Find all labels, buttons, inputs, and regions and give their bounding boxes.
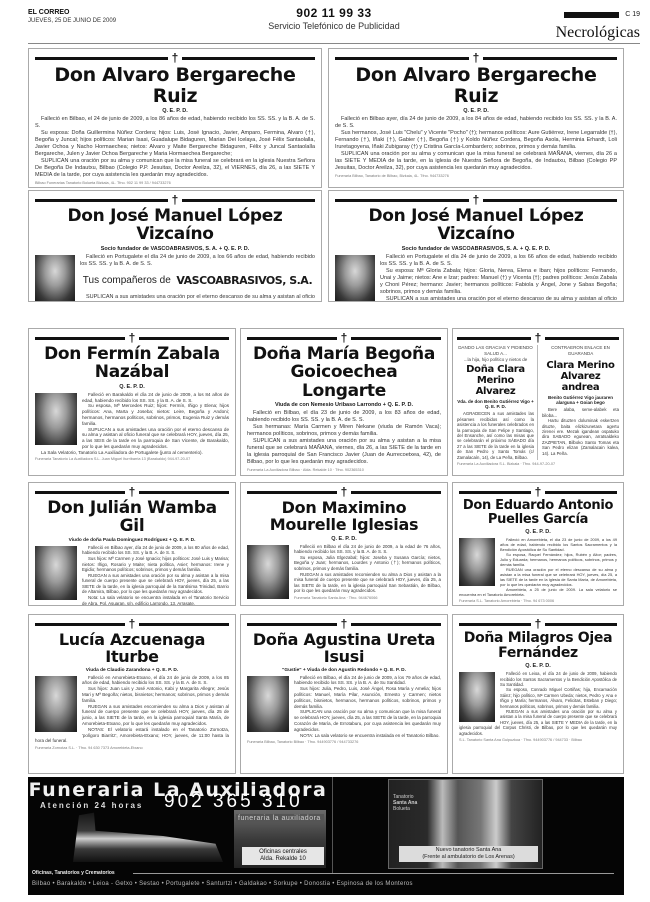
cross-divider: † [335,194,617,206]
sign-line: Bolueta [393,806,417,812]
services-label: Oficinas, Tanatorios y Crematorios [32,870,115,876]
cross-divider: † [35,194,315,206]
deceased-name: Don Maximino Mourelle Iglesias [247,499,441,534]
deceased-name: Don Eduardo Antonio Puelles García [459,499,617,527]
top-note-2: ...la hija, hijo político y nietos de [457,357,534,363]
cross-divider: † [35,332,229,344]
funeral-home-footer: Funeraria La Auxiliadora S.L. Bizkaia · … [457,462,619,466]
office-address: Alda. Rekalde 10 [244,856,322,863]
obituary-subtitle: Socio fundador de VASCOABRASIVOS, S. A. … [335,246,617,252]
cross-divider: † [247,618,441,630]
deceased-name: Doña Agustina Ureta Isusi [247,631,441,666]
cross-divider: † [459,618,617,630]
office-sign: funeraria la auxiliadora [236,814,324,823]
portrait-photo [35,546,77,600]
funeral-home-footer: Bilbao Funerarias Tanatorio Bolueta Bizk… [35,181,315,185]
obituary-card: † Doña Milagros Ojea Fernández Q. E. P. … [452,614,624,774]
obituary-subtitle: Q. E. P. D. [459,529,617,535]
obituary-subtitle: Viuda de con Nemesio Uribaso Larrondo + … [247,402,441,408]
deceased-name: Lucía Azcuenaga Iturbe [35,631,229,666]
paragraph: Sus hermanos, José Luis "Chelu" y Vicent… [335,130,617,151]
obituary-card-bilingual: † DANDO LAS GRACIAS Y PIDIENDO SALUD A..… [452,328,624,476]
office-label-line: Oficinas centrales [244,849,322,856]
obituary-subtitle: Benito Gutiérrez Vigo jauraren alarguna … [542,395,619,405]
cross-divider: † [35,52,315,64]
portrait-photo [459,538,495,586]
divider [332,777,333,873]
paragraph: Falleció en Bilbao, el 24 de junio de 20… [35,116,315,130]
paragraph: Su esposa: Mª Gloria Zabala; hijos: Glor… [335,268,617,296]
paragraph: Amorebieta, a 25 de junio de 2009. La sa… [459,587,617,597]
section-title: Necrológicas [556,24,640,42]
deceased-name: Doña María Begoña Goicoechea Longarte [247,345,441,400]
paragraph: SUPLICAN a sus amistades una oración por… [247,438,441,466]
obituary-subtitle: Socio fundador de VASCOABRASIVOS, S. A. … [35,246,315,252]
funeral-home-footer: Funeraria Bilbao, Tanatorio de Bilbao, B… [335,174,617,178]
obituary-subtitle: Q. E. P. D. [335,108,617,114]
cross-icon: † [125,332,139,344]
tanatorio-sign: Tanatorio Santa Ana Bolueta [393,794,417,812]
deceased-name: Don Alvaro Bergareche Ruiz [335,65,617,106]
obituary-card: † Doña María Begoña Goicoechea Longarte … [240,328,448,476]
obituary-body: Falleció en Portugalete el día 24 de jun… [35,254,315,268]
paragraph: NOTA: La sala velatorio se encuentra ins… [247,733,441,739]
obituary-card: † Don José Manuel López Vizcaíno Socio f… [28,190,322,302]
cross-icon: † [168,194,182,206]
section-bar [564,12,619,18]
obituary-subtitle: Viudo de doña Paula Domínguez Rodríguez … [35,538,229,543]
deceased-name: Don José Manuel López Vizcaíno [35,207,315,244]
funeral-home-footer: Funeraria Zornotza S.L. · Tfno. 94 630 7… [35,746,229,750]
label-line: Nuevo tanatorio Santa Ana [400,847,537,854]
obituary-card: † Don Alvaro Bergareche Ruiz Q. E. P. D.… [28,48,322,188]
cross-divider: † [247,332,441,344]
obituary-card: † Don Alvaro Bergareche Ruiz Q. E. P. D.… [328,48,624,188]
obituary-subtitle: Q. E. P. D. [35,108,315,114]
obituary-body: Falleció en Bilbao ayer, día 24 de junio… [335,116,617,172]
portrait-photo [247,545,289,599]
company-tribute: Tus compañeros de VASCOABRASIVOS, S.A. [80,270,315,292]
paragraph: Bere alaba, seme-alabek eta biloba... [542,407,619,418]
funeral-home-footer: S.L. Tanatorio Santa Ana Guipuzkoa · Tfn… [459,738,617,742]
cross-icon: † [168,52,182,64]
paragraph: SUPLICAN a sus amistades una oración por… [335,296,617,302]
page-number: C 19 [625,11,640,18]
obituary-body: Falleció en Bilbao, el 24 de junio de 20… [35,116,315,179]
ad-service: 902 11 99 33 Servicio Telefónico de Publ… [28,6,640,31]
top-note: DANDO LAS GRACIAS Y PIDIENDO SALUD A... [457,345,534,357]
obituary-card: † Don Fermín Zabala Nazábal Q. E. P. D. … [28,328,236,476]
cross-icon: † [337,618,351,630]
company-logo: VASCOABRASIVOS, S.A. [176,274,312,287]
deceased-name: Clara Merino Alvarez andrea [542,361,619,393]
obituary-body: Falleció en Bilbao, el día 23 de junio d… [247,410,441,466]
paragraph: La Sala Velatorio, Tanatorio La Auxiliad… [35,450,229,456]
paragraph: Falleció en Portugalete el día 24 de jun… [35,254,315,268]
portrait-photo [35,393,77,445]
page-header: EL CORREO JUEVES, 25 DE JUNIO DE 2009 90… [28,0,640,44]
obituary-card: † Doña Agustina Ureta Isusi "Gustie" + V… [240,614,448,774]
tanatorio-label: Nuevo tanatorio Santa Ana (Frente al amb… [399,846,538,862]
obituary-subtitle: "Gustie" + Viuda de don Agustín Redondo … [247,668,441,673]
basque-column: CONTRAERON ENLACE EN GUARANDA Clara Meri… [542,345,619,460]
label-line: (Frente al ambulatorio de Los Arenas) [400,854,537,861]
obituary-body: AGRADECEN a sus amistades las pésames re… [457,411,534,460]
obituary-body-cont: SUPLICAN a sus amistades una oración por… [35,294,315,302]
ad-phone-label: Servicio Telefónico de Publicidad [28,21,640,31]
cross-icon: † [531,332,545,344]
top-note: CONTRAERON ENLACE EN GUARANDA [542,345,619,357]
paragraph: SUPLICAN a sus amistades una oración por… [35,294,315,302]
services-rule [133,873,614,874]
cross-icon: † [125,618,139,630]
paragraph: Su esposa: Doña Guillermina Núñez Corder… [35,130,315,158]
deceased-name: Don Alvaro Bergareche Ruiz [35,65,315,106]
cross-divider: † [459,486,617,498]
portrait-photo [35,255,75,301]
obituary-card: † Don José Manuel López Vizcaíno Socio f… [328,190,624,302]
obituary-card: † Don Maximino Mourelle Iglesias Q. E. P… [240,482,448,606]
portrait-photo [35,676,77,732]
cross-icon: † [531,618,545,630]
building-image [73,810,223,862]
cross-icon: † [337,332,351,344]
paragraph: Hartu dituzten doluminak eskertzen dituz… [542,418,619,456]
obituary-body: Falleció en Portugalete el día 24 de jun… [335,254,617,302]
cross-icon: † [469,194,483,206]
cross-icon: † [125,486,139,498]
obituary-card: † Lucía Azcuenaga Iturbe Viuda de Claudi… [28,614,236,774]
cross-divider: † [335,52,617,64]
paragraph: Falleció en Portugalete el día 24 de jun… [335,254,617,268]
section-header: C 19 Necrológicas [556,6,640,42]
obituary-body: Bere alaba, seme-alabek eta biloba... Ha… [542,407,619,456]
cross-divider: † [35,618,229,630]
cross-icon: † [469,52,483,64]
deceased-name: Doña Milagros Ojea Fernández [459,631,617,661]
paragraph: SUPLICAN una oración por su alma y comun… [335,151,617,172]
deceased-name: Doña Clara Merino Alvarez [457,365,534,397]
obituary-subtitle: Q. E. P. D. [247,536,441,542]
obituary-subtitle: Vda. de don Benito Gutiérrez Vigo + Q. E… [457,399,534,409]
cross-divider: † [247,486,441,498]
deceased-name: Don Julián Wamba Gil [35,499,229,536]
cross-divider: † [457,332,619,344]
locations-list: Bilbao • Barakaldo • Leioa - Getxo • Ses… [32,881,413,887]
deceased-name: Don José Manuel López Vizcaíno [335,207,617,244]
portrait-photo [247,676,289,732]
paragraph: AGRADECEN a sus amistades las pésames re… [457,411,534,460]
funeral-home-footer: Funeraria Tanatorio La Auxiliadora S.L. … [35,457,229,461]
office-image: funeraria la auxiliadora Oficinas centra… [234,810,326,868]
obituary-card: † Don Eduardo Antonio Puelles García Q. … [452,482,624,606]
funeral-home-footer: Funeraria La Auxiliadora Bilbao · Alda. … [247,468,441,472]
obituary-card: † Don Julián Wamba Gil Viudo de doña Pau… [28,482,236,606]
ad-attention-label: Atención 24 horas [40,801,143,810]
spanish-column: DANDO LAS GRACIAS Y PIDIENDO SALUD A... … [457,345,538,460]
obituary-subtitle: Viuda de Claudio Zarandona + Q. E. P. D. [35,668,229,673]
paragraph: Sus hermanas: María Carmen y Miren Nekan… [247,424,441,438]
cross-icon: † [337,486,351,498]
office-label: Oficinas centrales Alda. Rekalde 10 [242,847,324,865]
obituary-subtitle: Q. E. P. D. [35,384,229,390]
tribute-text: Tus compañeros de [83,275,171,286]
funeral-home-footer: Funeraria S.L. Tanatorio Amorebieta · Tf… [459,599,617,603]
funeral-home-footer: Funeraria Bilbao, Tanatorio Bilbao · Tfn… [247,740,441,744]
obituary-subtitle: Q. E. P. D. [459,663,617,669]
ad-phone: 902 11 99 33 [28,6,640,20]
portrait-photo [335,255,375,301]
paragraph: SUPLICAN una oración por su alma y comun… [35,158,315,179]
paragraph: Falleció en Bilbao, el día 23 de junio d… [247,410,441,424]
cross-divider: † [35,486,229,498]
funeral-home-advertisement: Funeraria La Auxiliadora Atención 24 hor… [28,777,624,895]
portrait-photo [459,672,495,722]
cross-icon: † [531,486,545,498]
tanatorio-image: Tanatorio Santa Ana Bolueta Nuevo tanato… [388,779,543,869]
deceased-name: Don Fermín Zabala Nazábal [35,345,229,382]
paragraph: Falleció en Bilbao ayer, día 24 de junio… [335,116,617,130]
